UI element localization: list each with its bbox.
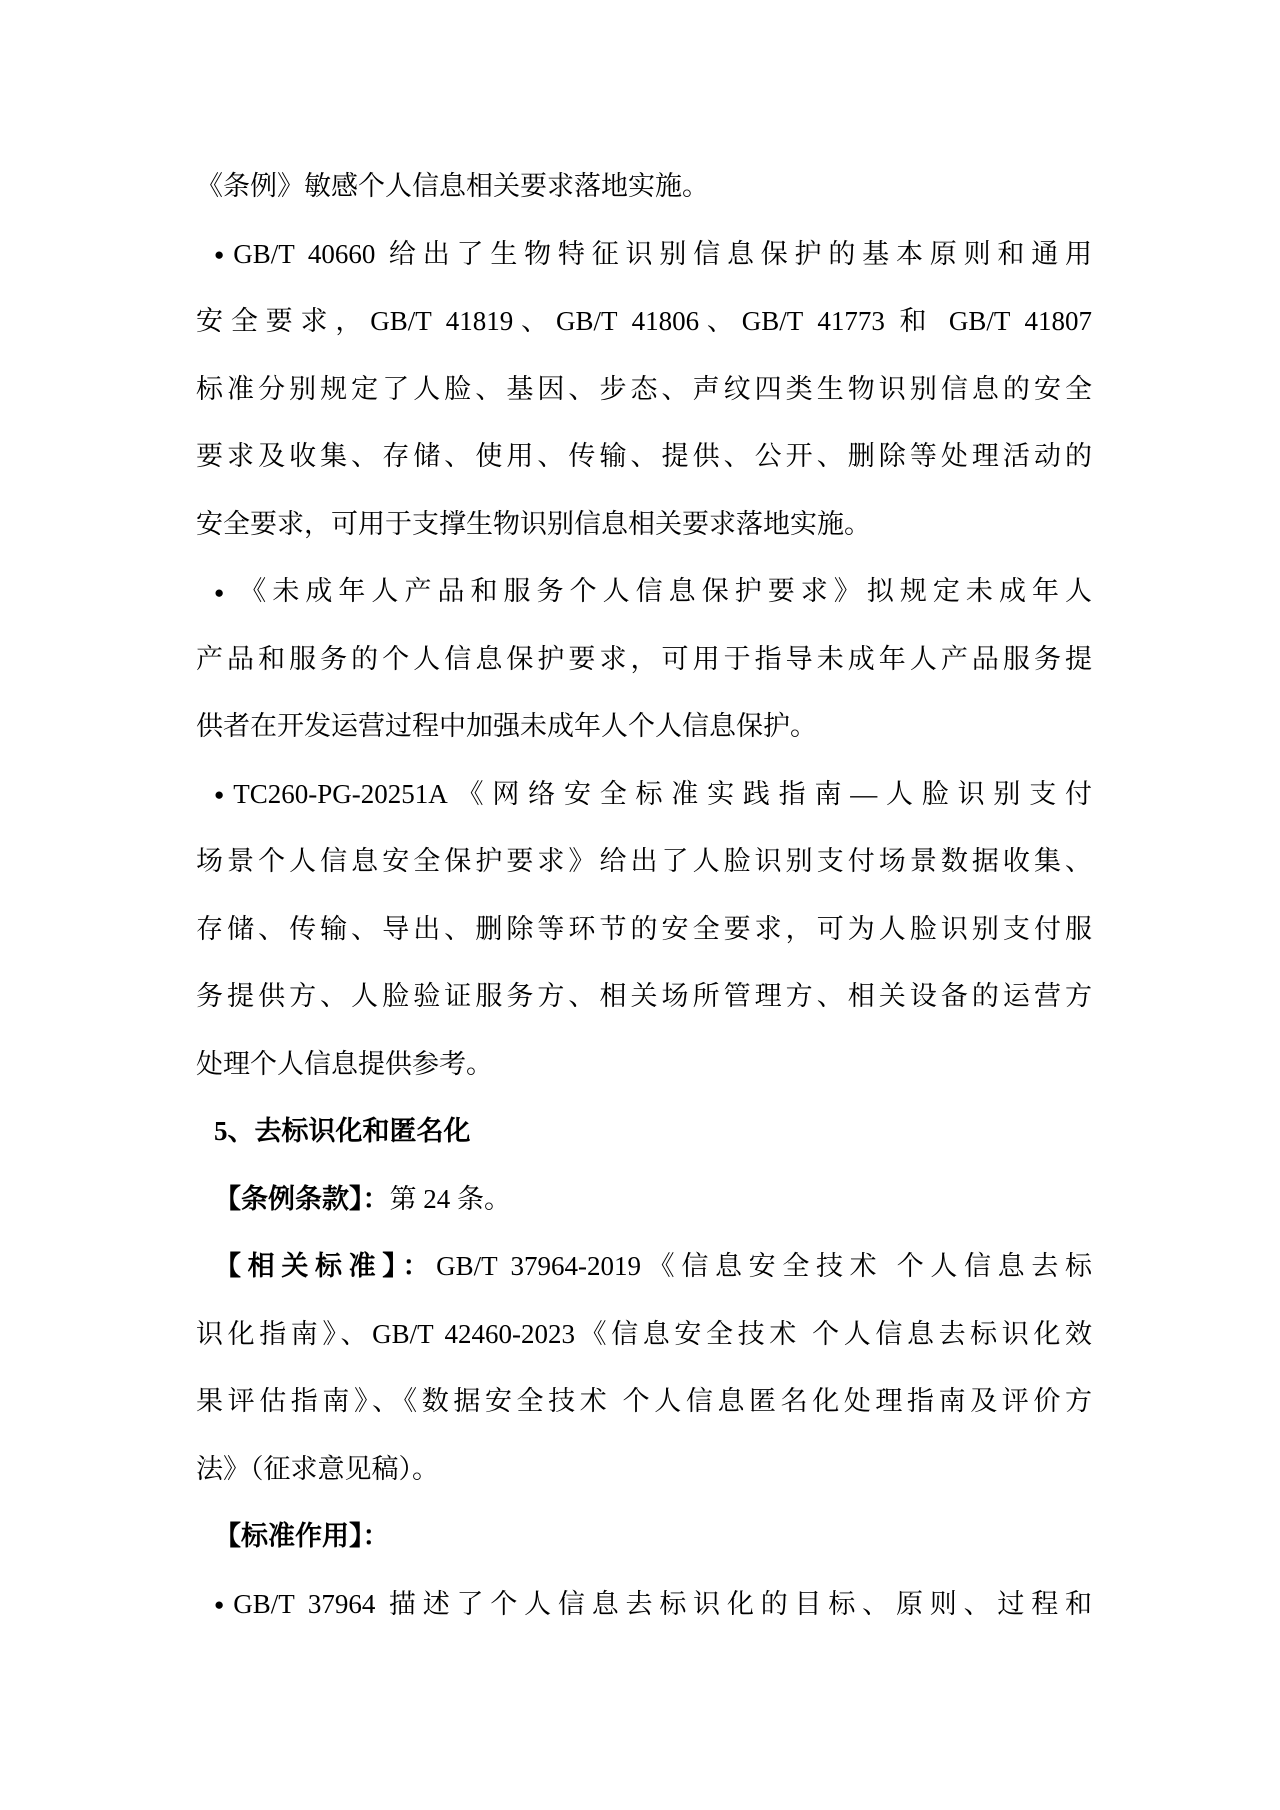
- subsection-label: 【标准作用】：: [196, 1503, 1092, 1571]
- text-segment: 《未成年人产品和服务个人信息保护要求》拟规定未成年人: [233, 576, 1092, 606]
- text-segment: 安全要求，GB/T 41819、GB/T 41806、GB/T 41773 和 …: [196, 306, 1092, 336]
- paragraph-line: 安全要求，GB/T 41819、GB/T 41806、GB/T 41773 和 …: [196, 288, 1092, 356]
- labeled-paragraph-line: 【相关标准】：GB/T 37964-2019《信息安全技术 个人信息去标: [196, 1233, 1092, 1301]
- paragraph-line: 供者在开发运营过程中加强未成年人个人信息保护。: [196, 693, 1092, 761]
- text-segment: 标准分别规定了人脸、基因、步态、声纹四类生物识别信息的安全: [196, 374, 1092, 404]
- bullet-paragraph-line: ●GB/T 37964 描述了个人信息去标识化的目标、原则、过程和: [196, 1571, 1092, 1639]
- paragraph-line: 《条例》敏感个人信息相关要求落地实施。: [196, 153, 1092, 221]
- paragraph-line: 场景个人信息安全保护要求》给出了人脸识别支付场景数据收集、: [196, 828, 1092, 896]
- text-segment: 识化指南》、GB/T 42460-2023《信息安全技术 个人信息去标识化效: [196, 1319, 1092, 1349]
- bullet-icon: ●: [214, 221, 224, 289]
- text-segment: GB/T 37964 描述了个人信息去标识化的目标、原则、过程和: [233, 1589, 1092, 1619]
- paragraph-line: 处理个人信息提供参考。: [196, 1031, 1092, 1099]
- text-segment: 供者在开发运营过程中加强未成年人个人信息保护。: [196, 711, 817, 741]
- text-segment: 产品和服务的个人信息保护要求，可用于指导未成年人产品服务提: [196, 644, 1092, 674]
- bullet-icon: ●: [214, 559, 224, 627]
- paragraph-line: 要求及收集、存储、使用、传输、提供、公开、删除等处理活动的: [196, 423, 1092, 491]
- bullet-icon: ●: [214, 761, 224, 829]
- bullet-paragraph-line: ●GB/T 40660 给出了生物特征识别信息保护的基本原则和通用: [196, 221, 1092, 289]
- text-segment: 第 24 条。: [390, 1184, 512, 1214]
- labeled-paragraph-line: 【条例条款】：第 24 条。: [196, 1166, 1092, 1234]
- bold-text-segment: 【相关标准】：: [214, 1251, 436, 1281]
- section-heading: 5、去标识化和匿名化: [196, 1098, 1092, 1166]
- text-segment: 果评估指南》、《数据安全技术 个人信息匿名化处理指南及评价方: [196, 1386, 1092, 1416]
- text-segment: 处理个人信息提供参考。: [196, 1049, 493, 1079]
- bold-text-segment: 【条例条款】：: [214, 1184, 390, 1214]
- text-segment: 场景个人信息安全保护要求》给出了人脸识别支付场景数据收集、: [196, 846, 1092, 876]
- text-segment: GB/T 37964-2019《信息安全技术 个人信息去标: [436, 1251, 1092, 1281]
- text-segment: 存储、传输、导出、删除等环节的安全要求，可为人脸识别支付服: [196, 914, 1092, 944]
- paragraph-line: 识化指南》、GB/T 42460-2023《信息安全技术 个人信息去标识化效: [196, 1301, 1092, 1369]
- text-segment: 务提供方、人脸验证服务方、相关场所管理方、相关设备的运营方: [196, 981, 1092, 1011]
- paragraph-line: 存储、传输、导出、删除等环节的安全要求，可为人脸识别支付服: [196, 896, 1092, 964]
- paragraph-line: 产品和服务的个人信息保护要求，可用于指导未成年人产品服务提: [196, 626, 1092, 694]
- paragraph-line: 标准分别规定了人脸、基因、步态、声纹四类生物识别信息的安全: [196, 356, 1092, 424]
- bullet-icon: ●: [214, 1571, 224, 1639]
- paragraph-line: 法》（征求意见稿）。: [196, 1436, 1092, 1504]
- document-body: 《条例》敏感个人信息相关要求落地实施。●GB/T 40660 给出了生物特征识别…: [196, 153, 1092, 1638]
- bold-text-segment: 【标准作用】：: [214, 1521, 390, 1551]
- text-segment: TC260-PG-20251A《网络安全标准实践指南—人脸识别支付: [233, 779, 1092, 809]
- paragraph-line: 安全要求，可用于支撑生物识别信息相关要求落地实施。: [196, 491, 1092, 559]
- paragraph-line: 果评估指南》、《数据安全技术 个人信息匿名化处理指南及评价方: [196, 1368, 1092, 1436]
- paragraph-line: 务提供方、人脸验证服务方、相关场所管理方、相关设备的运营方: [196, 963, 1092, 1031]
- text-segment: 安全要求，可用于支撑生物识别信息相关要求落地实施。: [196, 509, 871, 539]
- text-segment: 《条例》敏感个人信息相关要求落地实施。: [196, 171, 709, 201]
- bold-text-segment: 5、去标识化和匿名化: [214, 1116, 471, 1146]
- bullet-paragraph-line: ●TC260-PG-20251A《网络安全标准实践指南—人脸识别支付: [196, 761, 1092, 829]
- bullet-paragraph-line: ●《未成年人产品和服务个人信息保护要求》拟规定未成年人: [196, 558, 1092, 626]
- document-page: 《条例》敏感个人信息相关要求落地实施。●GB/T 40660 给出了生物特征识别…: [0, 0, 1280, 1810]
- text-segment: GB/T 40660 给出了生物特征识别信息保护的基本原则和通用: [233, 239, 1092, 269]
- text-segment: 要求及收集、存储、使用、传输、提供、公开、删除等处理活动的: [196, 441, 1092, 471]
- text-segment: 法》（征求意见稿）。: [196, 1454, 439, 1484]
